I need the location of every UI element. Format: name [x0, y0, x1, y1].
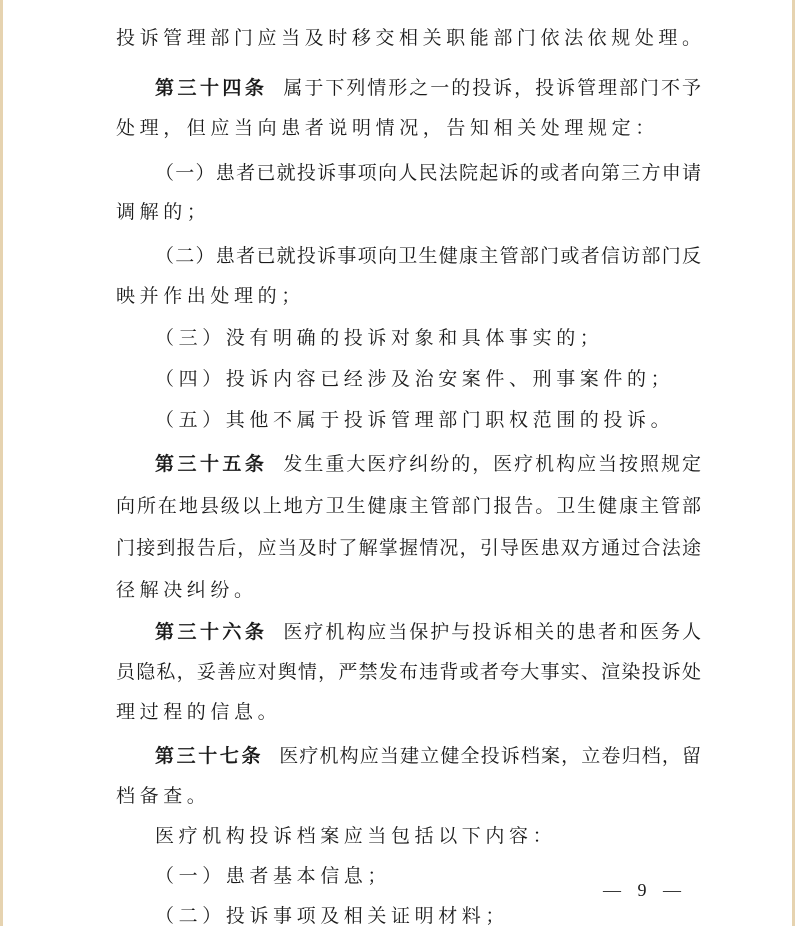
line-text: （一）患者基本信息；	[155, 865, 391, 887]
line-text: 处理，但应当向患者说明情况，告知相关处理规定：	[116, 117, 659, 139]
line-text: 向所在地县级以上地方卫生健康主管部门报告。卫生健康主管部	[116, 495, 701, 517]
paragraph-line: 投诉管理部门应当及时移交相关职能部门依法依规处理。	[116, 26, 701, 50]
paragraph-line: 医疗机构投诉档案应当包括以下内容：	[155, 824, 740, 848]
paragraph-line: 径解决纠纷。	[116, 578, 701, 602]
line-text: （四）投诉内容已经涉及治安案件、刑事案件的；	[155, 368, 674, 390]
paragraph-line: 理过程的信息。	[116, 700, 701, 724]
page-number: — 9 —	[603, 880, 687, 901]
line-text: 医疗机构应当保护与投诉相关的患者和医务人	[283, 621, 701, 643]
line-text: （二）投诉事项及相关证明材料；	[155, 905, 509, 926]
article-37-heading-line: 第三十七条医疗机构应当建立健全投诉档案，立卷归档，留	[155, 744, 701, 768]
article-number: 第三十七条	[155, 745, 263, 767]
line-text: 档备查。	[116, 785, 210, 807]
article-number: 第三十六条	[155, 621, 267, 643]
line-text: 理过程的信息。	[116, 701, 281, 723]
article-35-heading-line: 第三十五条发生重大医疗纠纷的，医疗机构应当按照规定	[155, 452, 701, 476]
document-page: 投诉管理部门应当及时移交相关职能部门依法依规处理。 第三十四条属于下列情形之一的…	[3, 0, 792, 926]
line-text: 门接到报告后，应当及时了解掌握情况，引导医患双方通过合法途	[116, 537, 701, 559]
line-text: （三）没有明确的投诉对象和具体事实的；	[155, 327, 603, 349]
line-text: 医疗机构应当建立健全投诉档案，立卷归档，留	[279, 745, 701, 767]
list-item-line: 映并作出处理的；	[116, 284, 701, 308]
list-item-line: （四）投诉内容已经涉及治安案件、刑事案件的；	[155, 367, 740, 391]
line-text: （五）其他不属于投诉管理部门职权范围的投诉。	[155, 409, 674, 431]
list-item-line: （二）投诉事项及相关证明材料；	[155, 904, 740, 926]
line-text: （一）患者已就投诉事项向人民法院起诉的或者向第三方申请	[155, 162, 701, 184]
article-34-heading-line: 第三十四条属于下列情形之一的投诉，投诉管理部门不予	[155, 76, 701, 100]
list-item-line: （一）患者已就投诉事项向人民法院起诉的或者向第三方申请	[155, 161, 701, 185]
paragraph-line: 档备查。	[116, 784, 701, 808]
line-text: 医疗机构投诉档案应当包括以下内容：	[155, 825, 556, 847]
article-number: 第三十四条	[155, 77, 267, 99]
paragraph-line: 门接到报告后，应当及时了解掌握情况，引导医患双方通过合法途	[116, 536, 701, 560]
paragraph-line: 处理，但应当向患者说明情况，告知相关处理规定：	[116, 116, 701, 140]
list-item-line: （二）患者已就投诉事项向卫生健康主管部门或者信访部门反	[155, 244, 701, 268]
list-item-line: （五）其他不属于投诉管理部门职权范围的投诉。	[155, 408, 740, 432]
line-text: 属于下列情形之一的投诉，投诉管理部门不予	[283, 77, 701, 99]
paragraph-line: 员隐私，妥善应对舆情，严禁发布违背或者夸大事实、渲染投诉处	[116, 660, 701, 684]
line-text: 员隐私，妥善应对舆情，严禁发布违背或者夸大事实、渲染投诉处	[116, 661, 701, 683]
paragraph-line: 向所在地县级以上地方卫生健康主管部门报告。卫生健康主管部	[116, 494, 701, 518]
article-number: 第三十五条	[155, 453, 267, 475]
line-text: 调解的；	[116, 201, 210, 223]
line-text: 发生重大医疗纠纷的，医疗机构应当按照规定	[283, 453, 701, 475]
article-36-heading-line: 第三十六条医疗机构应当保护与投诉相关的患者和医务人	[155, 620, 701, 644]
list-item-line: 调解的；	[116, 200, 701, 224]
line-text: 径解决纠纷。	[116, 579, 258, 601]
line-text: 投诉管理部门应当及时移交相关职能部门依法依规处理。	[116, 27, 701, 49]
line-text: 映并作出处理的；	[116, 285, 305, 307]
line-text: （二）患者已就投诉事项向卫生健康主管部门或者信访部门反	[155, 245, 701, 267]
list-item-line: （三）没有明确的投诉对象和具体事实的；	[155, 326, 740, 350]
